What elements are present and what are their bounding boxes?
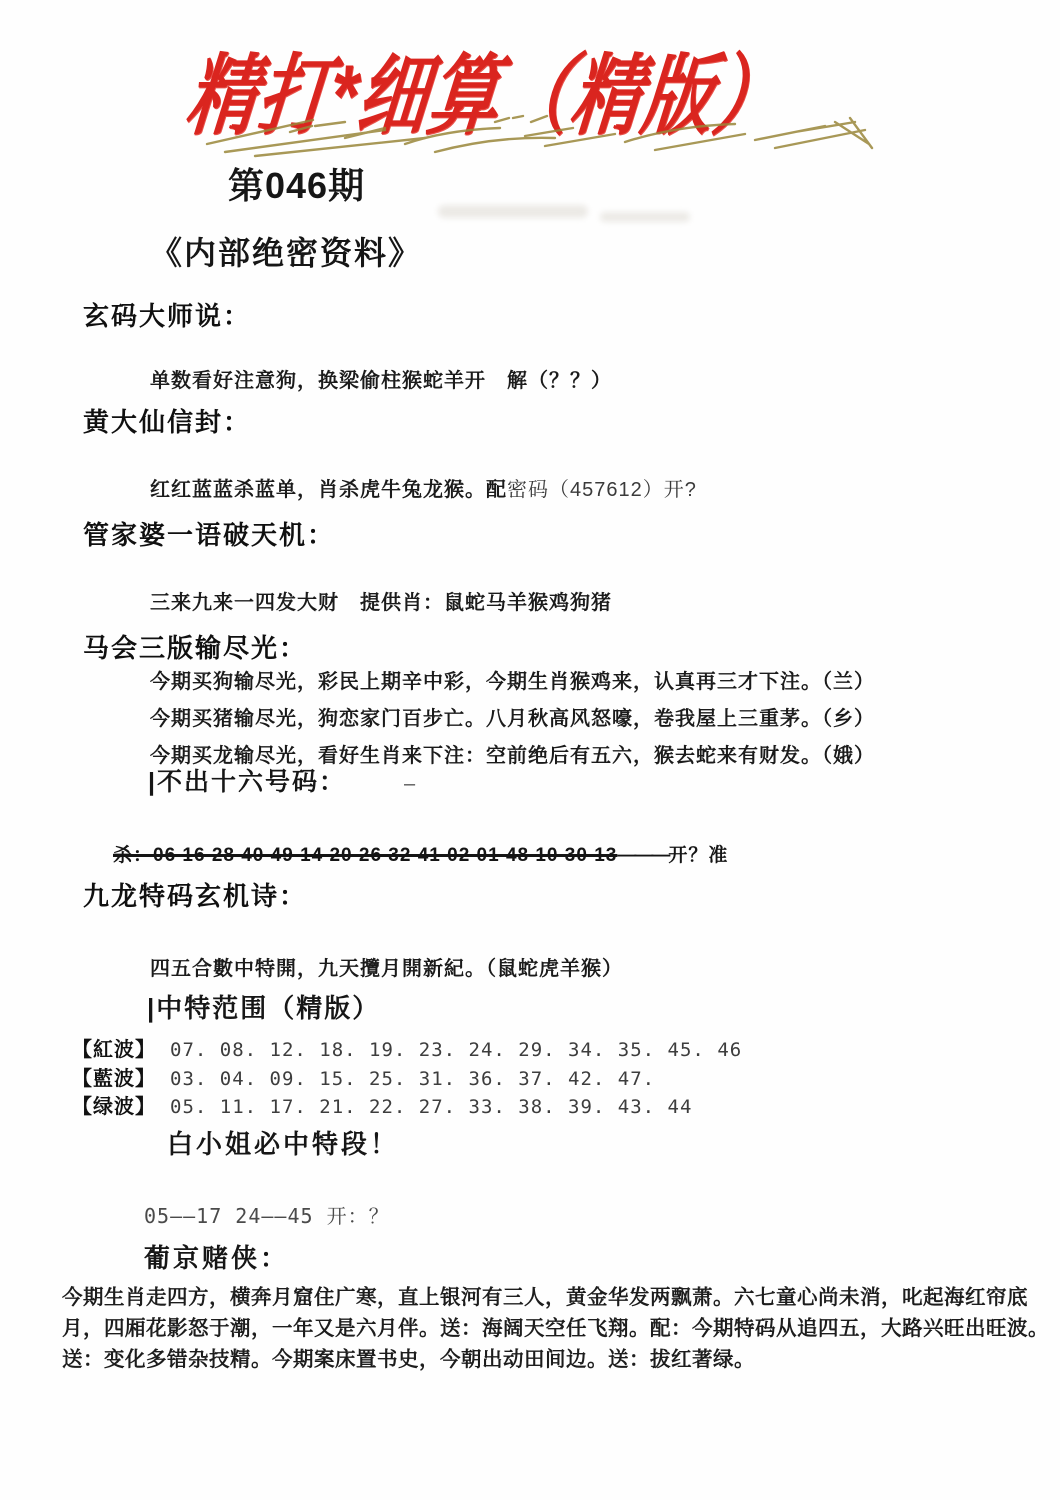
guanjiapo-tip-line: 三来九来一四发大财 提供肖：鼠蛇马羊猴鸡狗猪 bbox=[150, 586, 612, 615]
tip-sheet-page: 精打*细算（精版） 第046期 《内部绝密资料》 玄码大师说： 单数看好注意狗，… bbox=[0, 0, 1060, 1500]
scan-smudge bbox=[438, 205, 588, 218]
blue-wave-row: 【藍波】03. 04. 09. 15. 25. 31. 36. 37. 42. … bbox=[72, 1062, 655, 1091]
issue-number: 第046期 bbox=[228, 158, 365, 209]
red-wave-numbers: 07. 08. 12. 18. 19. 23. 24. 29. 34. 35. … bbox=[170, 1039, 742, 1061]
sixteen-numbers-label: |不出十六号码： bbox=[148, 768, 346, 796]
mahui-verse-line: 今期买猪输尽光，狗恋家门百步亡。八月秋高风怒嚎，卷我屋上三重茅。（乡） bbox=[150, 701, 875, 738]
section-heading-master: 玄码大师说： bbox=[83, 296, 251, 333]
kill-numbers-struck: 杀：06 16 28 40 49 14 20 26 32 41 02 01 48… bbox=[113, 845, 617, 866]
kill-numbers-result: 开？准 bbox=[668, 845, 728, 866]
section-heading-guanjiapo: 管家婆一语破天机： bbox=[83, 515, 335, 552]
section-heading-huangdaxian: 黄大仙信封： bbox=[83, 402, 251, 439]
section-heading-pujing: 葡京赌侠： bbox=[144, 1238, 289, 1275]
kill-numbers-line: 杀：06 16 28 40 49 14 20 26 32 41 02 01 48… bbox=[113, 840, 728, 867]
baixiaojie-segment-line: 05——17 24——45 开：？ bbox=[144, 1200, 390, 1229]
sixteen-numbers-line: |不出十六号码：– bbox=[148, 762, 417, 798]
green-wave-row: 【绿波】05. 11. 17. 21. 22. 27. 33. 38. 39. … bbox=[72, 1090, 692, 1119]
section-heading-jiulong: 九龙特码玄机诗： bbox=[83, 876, 307, 913]
pujing-verse-line: 月，四厢花影怒于潮，一年又是六月伴。送：海阔天空任飞翔。配：今期特码从追四五，大… bbox=[62, 1313, 1049, 1344]
range-heading: |中特范围（精版） bbox=[147, 988, 380, 1025]
jiulong-verse-line: 四五合數中特開，九天攬月開新紀。（鼠蛇虎羊猴） bbox=[150, 952, 623, 981]
kill-numbers-dash: ——— bbox=[617, 845, 668, 866]
sixteen-numbers-value: – bbox=[404, 773, 417, 795]
section-heading-mahui: 马会三版输尽光： bbox=[83, 628, 307, 665]
mahui-verse-block: 今期买狗输尽光，彩民上期辛中彩，今期生肖猴鸡来，认真再三才下注。（兰） 今期买猪… bbox=[150, 664, 875, 775]
scan-smudge bbox=[600, 212, 690, 222]
pujing-verse-block: 今期生肖走四方，横奔月窟住广寒，直上银河有三人，黄金华发两飘萧。六七童心尚未消，… bbox=[62, 1282, 1049, 1375]
pujing-verse-line: 送：变化多错杂技精。今期案床置书史，今朝出动田间边。送：拔红著绿。 bbox=[62, 1344, 1049, 1375]
green-wave-label: 【绿波】 bbox=[72, 1096, 156, 1118]
red-wave-row: 【紅波】07. 08. 12. 18. 19. 23. 24. 29. 34. … bbox=[72, 1033, 742, 1062]
masthead-scribble-decoration bbox=[195, 92, 875, 162]
red-wave-label: 【紅波】 bbox=[72, 1039, 156, 1061]
green-wave-numbers: 05. 11. 17. 21. 22. 27. 33. 38. 39. 43. … bbox=[170, 1096, 692, 1118]
mahui-verse-line: 今期买狗输尽光，彩民上期辛中彩，今期生肖猴鸡来，认真再三才下注。（兰） bbox=[150, 664, 875, 701]
huangdaxian-tip-line: 红红蓝蓝杀蓝单，肖杀虎牛兔龙猴。配密码（457612）开? bbox=[150, 473, 697, 502]
blue-wave-numbers: 03. 04. 09. 15. 25. 31. 36. 37. 42. 47. bbox=[170, 1068, 655, 1090]
huangdaxian-tip-bold: 红红蓝蓝杀蓝单，肖杀虎牛兔龙猴。配 bbox=[150, 479, 507, 501]
pujing-verse-line: 今期生肖走四方，横奔月窟住广寒，直上银河有三人，黄金华发两飘萧。六七童心尚未消，… bbox=[62, 1282, 1049, 1313]
huangdaxian-tip-soft: 密码（457612）开? bbox=[507, 479, 697, 501]
master-tip-line: 单数看好注意狗，换梁偷柱猴蛇羊开 解（？？） bbox=[150, 364, 612, 393]
blue-wave-label: 【藍波】 bbox=[72, 1068, 156, 1090]
section-heading-baixiaojie: 白小姐必中特段！ bbox=[167, 1124, 399, 1161]
subtitle: 《内部绝密资料》 bbox=[150, 228, 422, 274]
